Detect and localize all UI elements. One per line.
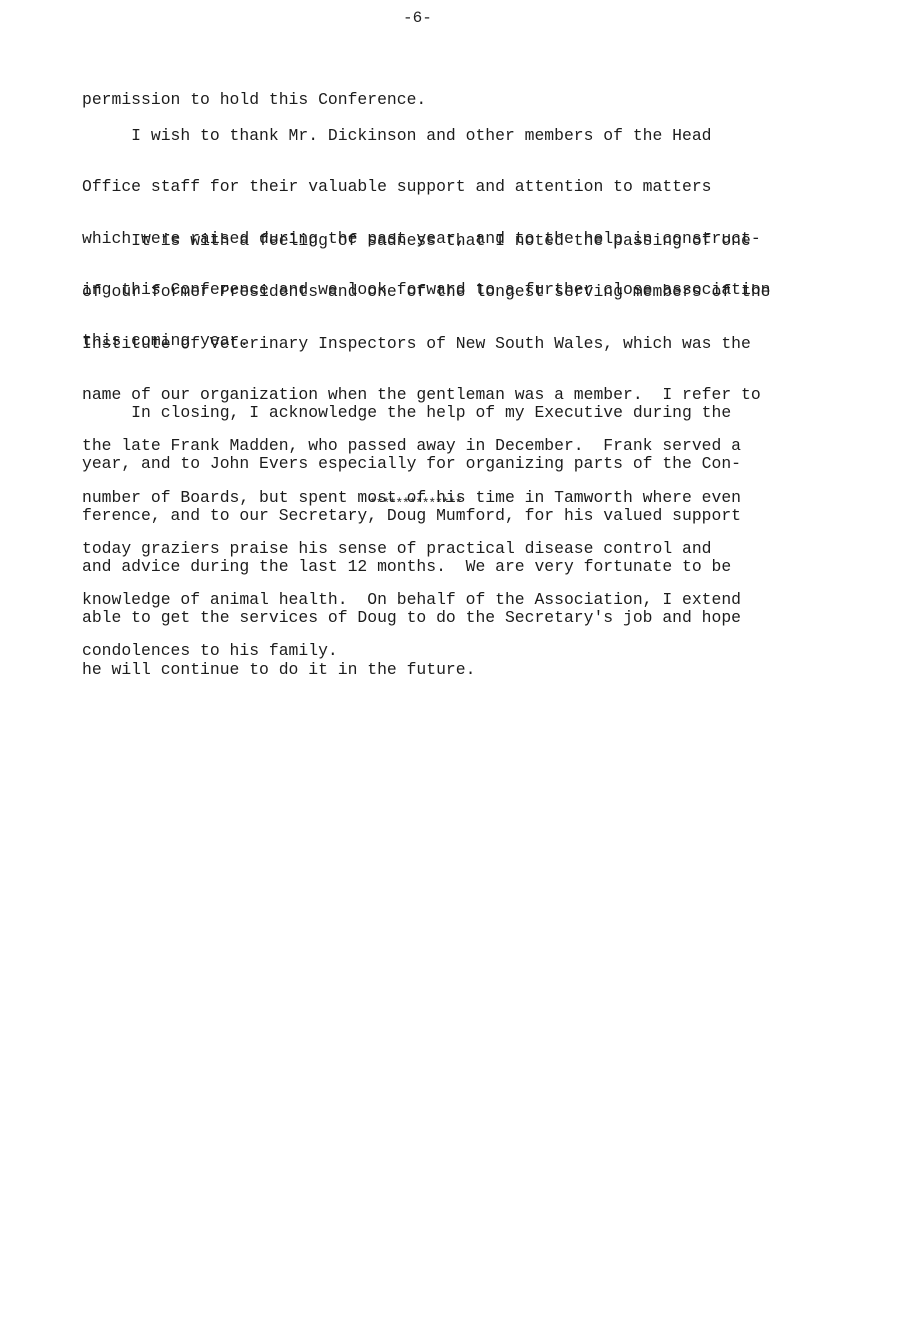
text-line: of our former Presidents and one of the …: [82, 283, 771, 300]
paragraph-closing: In closing, I acknowledge the help of my…: [82, 370, 741, 712]
section-separator: **************: [369, 496, 461, 512]
text-line: he will continue to do it in the future.: [82, 661, 741, 678]
text-line: I wish to thank Mr. Dickinson and other …: [82, 127, 771, 144]
text-line: able to get the services of Doug to do t…: [82, 609, 741, 626]
text-line: and advice during the last 12 months. We…: [82, 558, 741, 575]
text-line: Institute of Veterinary Inspectors of Ne…: [82, 335, 771, 352]
text-line: It is with a feeling of sadness that I n…: [82, 232, 771, 249]
text-line: Office staff for their valuable support …: [82, 178, 771, 195]
page-number: -6-: [403, 8, 432, 28]
text-line: year, and to John Evers especially for o…: [82, 455, 741, 472]
text-line: In closing, I acknowledge the help of my…: [82, 404, 741, 421]
